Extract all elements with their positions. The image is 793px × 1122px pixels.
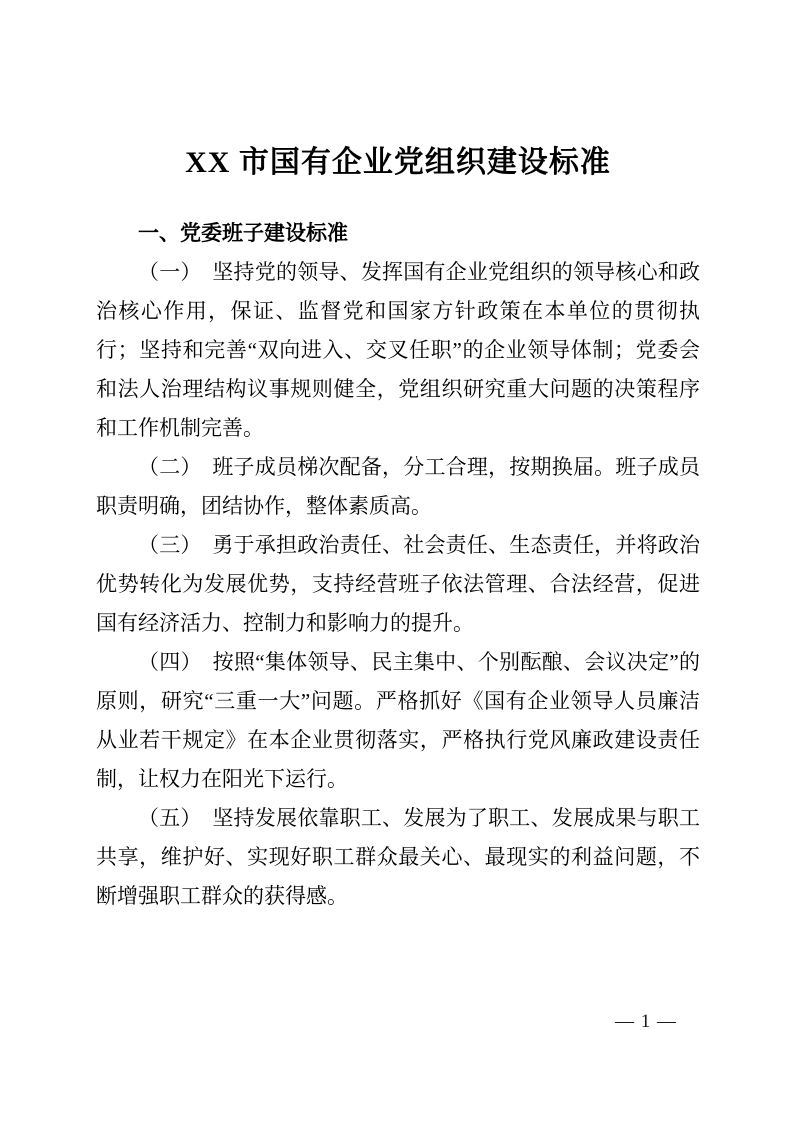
page-number: — 1 —	[596, 1010, 696, 1034]
paragraph-2: （二） 班子成员梯次配备，分工合理，按期换届。班子成员职责明确，团结协作，整体素…	[96, 448, 700, 526]
document-content: XX 市国有企业党组织建设标准 一、党委班子建设标准 （一） 坚持党的领导、发挥…	[96, 140, 700, 916]
paragraph-4: （四） 按照“集体领导、民主集中、个别酝酿、会议决定”的原则，研究“三重一大”问…	[96, 643, 700, 799]
page-title: XX 市国有企业党组织建设标准	[96, 140, 700, 186]
paragraph-3: （三） 勇于承担政治责任、社会责任、生态责任，并将政治优势转化为发展优势，支持经…	[96, 526, 700, 643]
section-heading: 一、党委班子建设标准	[96, 214, 700, 253]
paragraph-1: （一） 坚持党的领导、发挥国有企业党组织的领导核心和政治核心作用，保证、监督党和…	[96, 253, 700, 448]
paragraph-5: （五） 坚持发展依靠职工、发展为了职工、发展成果与职工共享，维护好、实现好职工群…	[96, 799, 700, 916]
document-page: XX 市国有企业党组织建设标准 一、党委班子建设标准 （一） 坚持党的领导、发挥…	[0, 0, 793, 1122]
